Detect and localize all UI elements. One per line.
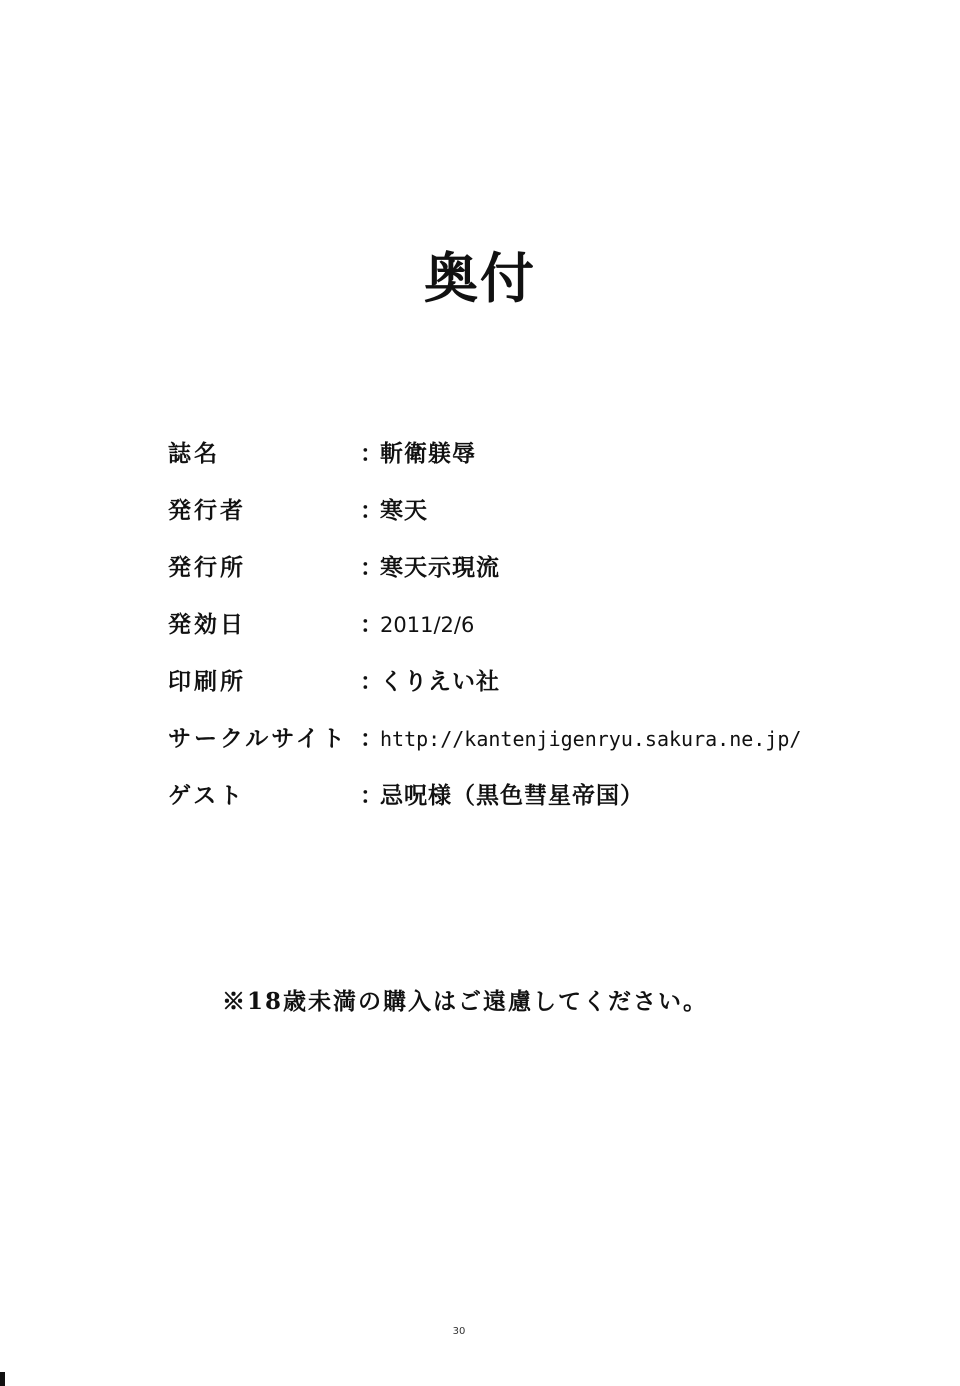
page-number: 30 bbox=[0, 1326, 918, 1337]
colophon-row-guest: ゲスト ： 忌呪様（黒色彗星帝国） bbox=[168, 778, 868, 814]
colophon-row-magazine-name: 誌名 ： 斬衛躾辱 bbox=[168, 436, 868, 472]
colophon-row-printer: 印刷所 ： くりえい社 bbox=[168, 664, 868, 700]
row-value: くりえい社 bbox=[380, 664, 500, 700]
age-restriction-notice: ※18歳未満の購入はご遠慮してください。 bbox=[0, 984, 930, 1020]
row-label: ゲスト bbox=[168, 778, 245, 814]
row-value: 2011/2/6 bbox=[380, 607, 474, 643]
row-label: 発行所 bbox=[168, 550, 246, 586]
circle-site-url: http://kantenjigenryu.sakura.ne.jp/ bbox=[380, 721, 801, 757]
row-label: 印刷所 bbox=[168, 664, 246, 700]
row-value: 忌呪様（黒色彗星帝国） bbox=[380, 778, 644, 814]
row-value: 斬衛躾辱 bbox=[380, 436, 476, 472]
row-label: サークルサイト bbox=[168, 721, 348, 757]
row-label: 発効日 bbox=[168, 607, 246, 643]
page-title: 奥付 bbox=[0, 246, 960, 310]
row-label: 誌名 bbox=[168, 436, 220, 472]
colophon-row-publishing-office: 発行所 ： 寒天示現流 bbox=[168, 550, 868, 586]
row-value: 寒天示現流 bbox=[380, 550, 500, 586]
colophon-row-circle-site: サークルサイト ： http://kantenjigenryu.sakura.n… bbox=[168, 721, 868, 757]
row-label: 発行者 bbox=[168, 493, 246, 529]
row-value: 寒天 bbox=[380, 493, 428, 529]
colophon-row-issue-date: 発効日 ： 2011/2/6 bbox=[168, 607, 868, 643]
scan-edge-mark bbox=[0, 1372, 5, 1386]
colophon-row-publisher: 発行者 ： 寒天 bbox=[168, 493, 868, 529]
